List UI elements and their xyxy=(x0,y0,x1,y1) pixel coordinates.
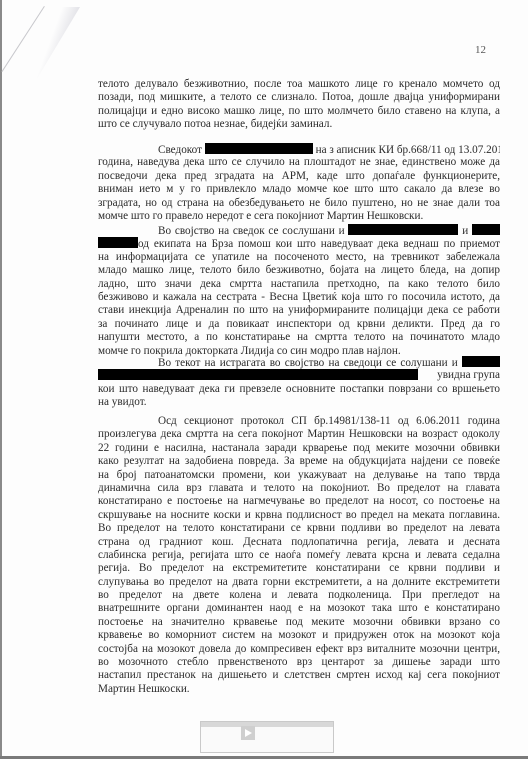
text-line: телото делувало безживотнио, после тоа м… xyxy=(98,78,500,91)
video-play-icon[interactable] xyxy=(241,726,255,740)
redacted-name xyxy=(462,356,500,367)
text-line: момче што го правело нередот е сега поко… xyxy=(98,210,500,223)
text-line: за починато лице и да повикаат инспектор… xyxy=(98,318,500,331)
text-line: во мозочното стебло првенственото врз це… xyxy=(98,656,500,669)
text-line: на број патоанатомски промени, кои укажу… xyxy=(98,469,500,482)
text-line: Мартин Нешкоски. xyxy=(98,683,500,696)
text-line: страна од градниот кош. Десната подлопат… xyxy=(98,536,500,549)
redacted-name xyxy=(98,237,138,248)
text-line: ладно, што значи дека смртта настапила п… xyxy=(98,278,500,291)
text-line: настапил престанок на дишењето и слетств… xyxy=(98,669,500,682)
redacted-name xyxy=(348,224,458,235)
paragraph-second-line: од екипата на Брза помош кои што наведув… xyxy=(98,237,500,250)
text-line: стави инекција Адреналин по што на унифо… xyxy=(98,304,500,317)
text-line: кои што наведуваат дека ги превзеле осно… xyxy=(98,383,500,396)
text-line: посведочи дека пред зградата на АРМ, кад… xyxy=(98,170,500,183)
text-fragment: од екипата на Брза помош кои што наведув… xyxy=(138,238,500,250)
text-line: што се случувало потоа незнае, бидејќи з… xyxy=(98,118,500,131)
text-line: година, наведува дека што се случило на … xyxy=(98,156,500,169)
text-fragment: Сведокот xyxy=(158,144,202,156)
paragraph-first-line: Во својство на сведок се сослушани и и xyxy=(98,224,500,237)
text-line: произлегува дека смртта на сега покојнот… xyxy=(98,428,500,441)
paragraph-autopsy-protocol: Осд секционот протокол СП бр.14981/138-1… xyxy=(98,415,500,696)
paragraph-first-line: Осд секционот протокол СП бр.14981/138-1… xyxy=(98,415,500,428)
text-line: состојба на мозокот довела до компресиве… xyxy=(98,643,500,656)
text-line: внатрешните органи доминантен наод е на … xyxy=(98,602,500,615)
paragraph-second-line: увидна група xyxy=(98,369,500,382)
text-fragment: и xyxy=(462,225,468,237)
paragraph-continuation: телото делувало безживотнио, после тоа м… xyxy=(98,78,500,132)
media-bar xyxy=(201,722,333,727)
text-fragment: Во својство на сведок се сослушани и xyxy=(158,225,345,237)
text-fragment: Во текот на истрагата во својство на све… xyxy=(158,357,458,369)
text-fragment: увидна група xyxy=(437,369,500,382)
text-line: 22 години е насилна, настанала заради кр… xyxy=(98,442,500,455)
text-fragment: на з аписник КИ бр.668/11 од 13.07.2011 xyxy=(316,144,500,156)
text-line: динамична сила врз главата и телото на п… xyxy=(98,482,500,495)
text-line: слупувања во пределот на двата горни екс… xyxy=(98,576,500,589)
text-line: крвавење во коморниот систем на мозокот … xyxy=(98,629,500,642)
text-line: на увидот. xyxy=(98,396,500,409)
text-line: регија. Во пределот на екстремитетите ко… xyxy=(98,562,500,575)
paragraph-ambulance-witnesses: Во својство на сведок се сослушани и и о… xyxy=(98,224,500,358)
text-line: на информацијата се упатиле на посоченот… xyxy=(98,251,500,264)
text-line: позади, под мишките, а телото се слизнал… xyxy=(98,91,500,104)
page-number: 12 xyxy=(475,44,486,56)
text-line: констатирано е постоење на нагмечување в… xyxy=(98,495,500,508)
paragraph-investigation-witnesses: Во текот на истрагата во својство на све… xyxy=(98,356,500,410)
document-page: 12 телото делувало безживотнио, после то… xyxy=(0,0,528,759)
text-line: зградата, но од страна на обезбедувањето… xyxy=(98,197,500,210)
text-line: во пределот на двете колена и левата под… xyxy=(98,589,500,602)
paragraph-witness-statement: Сведокот на з аписник КИ бр.668/11 од 13… xyxy=(98,143,500,223)
text-line: напушти местото, а по констатирање на см… xyxy=(98,331,500,344)
redacted-name xyxy=(205,143,313,154)
scan-edge xyxy=(0,0,2,759)
text-line: како резултат на задобиена повреда. За в… xyxy=(98,455,500,468)
text-line: полицајци и едно високо машко лице, по ш… xyxy=(98,105,500,118)
text-line: вниман иeто м у го привлекло младо момче… xyxy=(98,183,500,196)
page-fold-mark xyxy=(26,7,80,79)
redacted-name xyxy=(472,224,500,235)
redacted-names xyxy=(98,369,418,380)
text-line: младо машко лице, телото било безживотно… xyxy=(98,264,500,277)
text-line: Во пределот на телото констатирани се кр… xyxy=(98,522,500,535)
text-line: постоење на значително крвавење под меки… xyxy=(98,616,500,629)
embedded-media-thumbnail[interactable] xyxy=(200,721,334,753)
text-line: слабинска регија, регијата што се наоѓа … xyxy=(98,549,500,562)
text-line: безживово и кажала на сестрата - Весна Ц… xyxy=(98,291,500,304)
paragraph-first-line: Сведокот на з аписник КИ бр.668/11 од 13… xyxy=(98,143,500,156)
paragraph-first-line: Во текот на истрагата во својство на све… xyxy=(98,356,500,369)
text-line: скршување на носните коски и крвна подли… xyxy=(98,509,500,522)
